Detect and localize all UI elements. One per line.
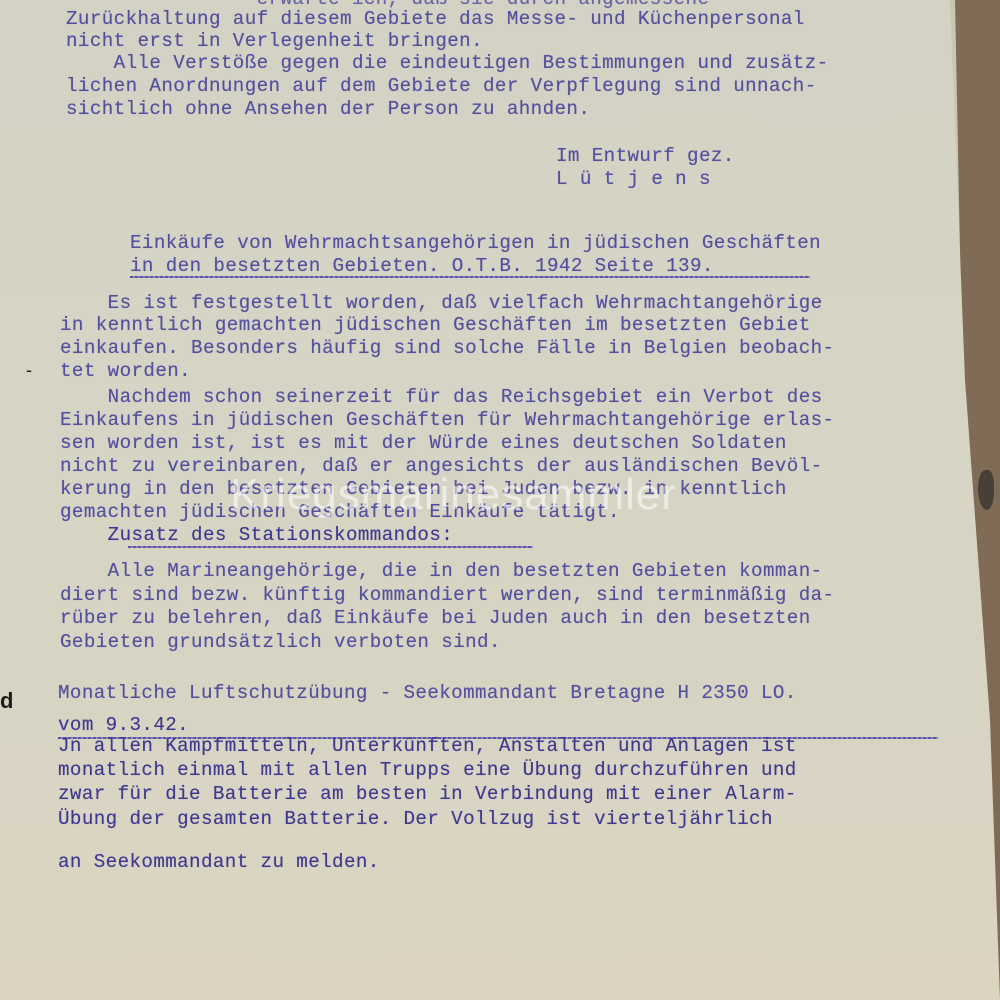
section2-title: Monatliche Luftschutzübung - Seekommanda… [58, 682, 797, 704]
text-line: diert sind bezw. künftig kommandiert wer… [60, 584, 834, 606]
watermark: Kriegsmarinesammler [230, 470, 677, 520]
text-line: Einkaufens in jüdischen Geschäften für W… [60, 409, 834, 431]
signature-prefix: Im Entwurf gez. [556, 145, 735, 167]
section1-title: Einkäufe von Wehrmachtsangehörigen in jü… [130, 232, 821, 254]
text-line: Zurückhaltung auf diesem Gebiete das Mes… [66, 8, 805, 30]
text-line: nicht erst in Verlegenheit bringen. [66, 30, 483, 52]
text-line: sichtlich ohne Ansehen der Person zu ahn… [66, 98, 590, 120]
margin-dash: - [26, 360, 32, 381]
margin-corner-mark: d [0, 688, 13, 714]
text-line: Es ist festgestellt worden, daß vielfach… [60, 292, 823, 314]
text-line: Alle Marineangehörige, die in den besetz… [60, 560, 823, 582]
text-line: Alle Verstöße gegen die eindeutigen Best… [66, 52, 829, 74]
ink-stain [978, 470, 994, 510]
addendum-title: Zusatz des Stationskommandos: [60, 524, 453, 546]
text-line: zwar für die Batterie am besten in Verbi… [58, 783, 797, 805]
text-line: in kenntlich gemachten jüdischen Geschäf… [60, 314, 811, 336]
signature-name: L ü t j e n s [556, 168, 711, 190]
text-line: lichen Anordnungen auf dem Gebiete der V… [66, 75, 817, 97]
text-line: sen worden ist, ist es mit der Würde ein… [60, 432, 787, 454]
title-underline [130, 276, 810, 278]
text-line: an Seekommandant zu melden. [58, 851, 380, 873]
text-line: einkaufen. Besonders häufig sind solche … [60, 337, 834, 359]
text-line: monatlich einmal mit allen Trupps eine Ü… [58, 759, 797, 781]
text-line: Übung der gesamten Batterie. Der Vollzug… [58, 808, 773, 830]
text-line: Jn allen Kampfmitteln, Unterkünften, Ans… [58, 735, 797, 757]
text-line: Gebieten grundsätzlich verboten sind. [60, 631, 501, 653]
text-line: Nachdem schon seinerzeit für das Reichsg… [60, 386, 823, 408]
section1-title: in den besetzten Gebieten. O.T.B. 1942 S… [130, 255, 714, 277]
section2-title: vom 9.3.42. [58, 714, 189, 736]
addendum-underline [128, 546, 533, 548]
text-line: tet worden. [60, 360, 191, 382]
text-line: rüber zu belehren, daß Einkäufe bei Jude… [60, 607, 811, 629]
